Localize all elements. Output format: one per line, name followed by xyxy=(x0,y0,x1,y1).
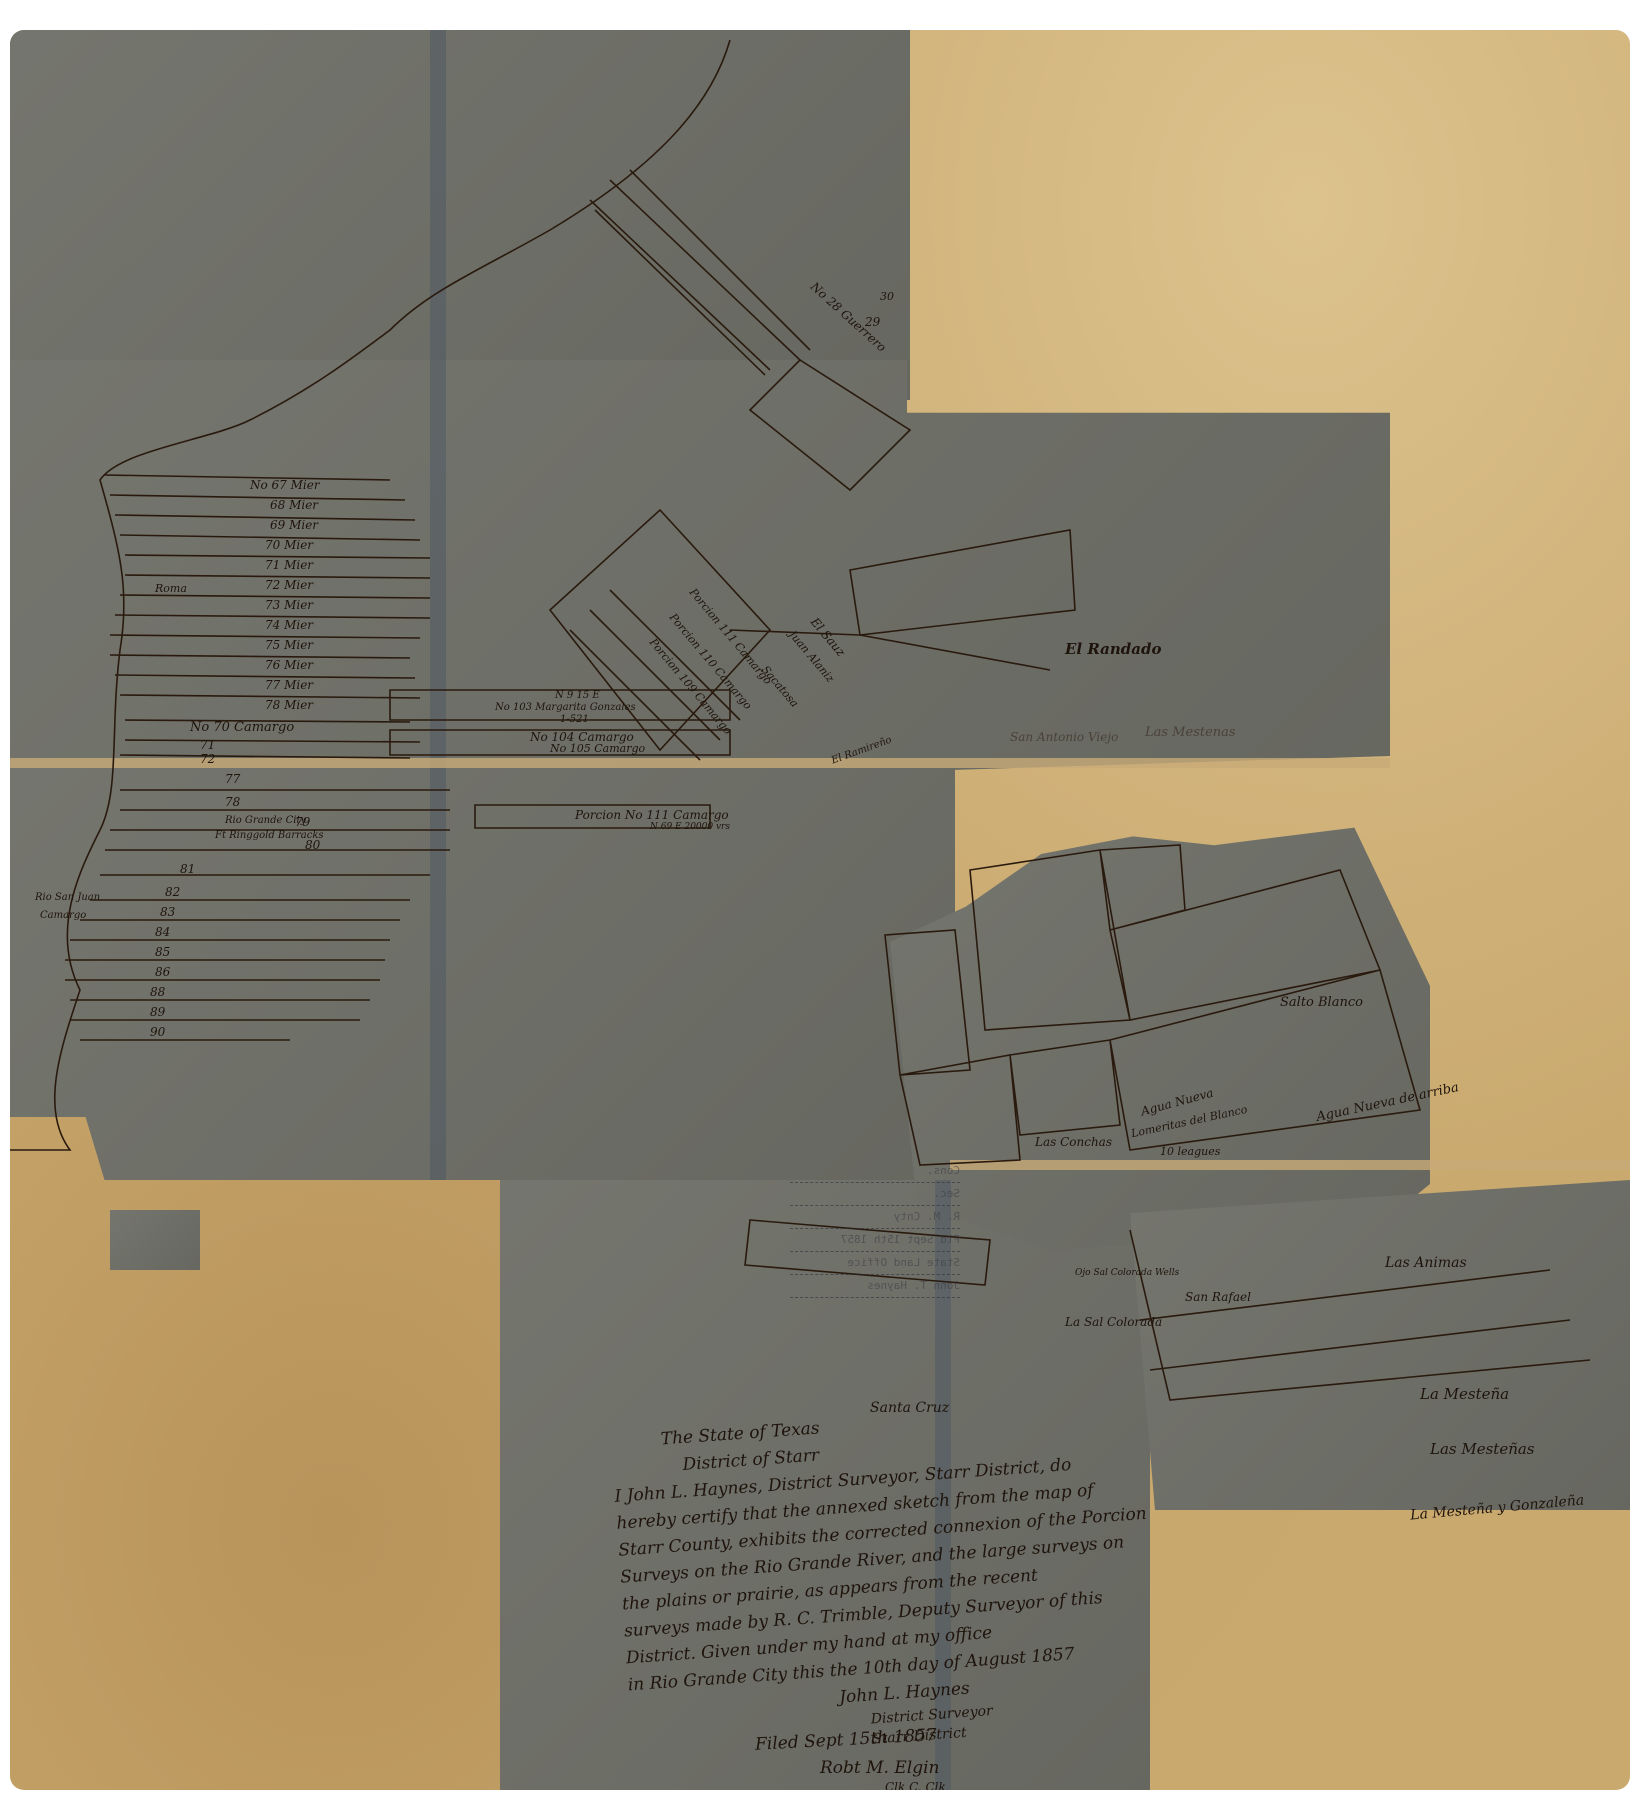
label-la-mestena: La Mesteña xyxy=(1420,1385,1509,1403)
label-porcion-80: 80 xyxy=(305,838,320,852)
label-porcion-85: 85 xyxy=(155,945,170,959)
label-san-antonio-viejo: San Antonio Viejo xyxy=(1010,730,1118,744)
label-porcion-90: 90 xyxy=(150,1025,165,1039)
label-porcion-69: 69 Mier xyxy=(270,518,318,532)
label-no-29: 29 xyxy=(865,315,880,329)
clerk-signature: Robt M. Elgin xyxy=(820,1758,939,1778)
label-el-randado: El Randado xyxy=(1065,640,1162,658)
label-porcion-78: 78 Mier xyxy=(265,698,313,712)
label-no-30: 30 xyxy=(880,290,894,303)
label-camargo-70: No 70 Camargo xyxy=(190,720,294,735)
label-porcion-83: 83 xyxy=(160,905,175,919)
label-porcion-72: 72 Mier xyxy=(265,578,313,592)
label-san-rafael: San Rafael xyxy=(1185,1290,1251,1304)
label-porcion-76: 76 Mier xyxy=(265,658,313,672)
label-porcion-78-lower: 78 xyxy=(225,795,240,809)
label-porcion-88: 88 xyxy=(150,985,165,999)
label-las-conchas: Las Conchas xyxy=(1035,1135,1112,1149)
mirrored-stamp: Cons. Sec. R. M. Cnty Fld Sept 15th 1857… xyxy=(790,1160,960,1298)
label-porcion-74: 74 Mier xyxy=(265,618,313,632)
label-porcion-82: 82 xyxy=(165,885,180,899)
label-porcion-84: 84 xyxy=(155,925,170,939)
label-margarita-gonzales: No 103 Margarita Gonzales xyxy=(495,702,636,713)
label-la-sal-colorada: La Sal Colorada xyxy=(1065,1315,1162,1329)
label-porcion-89: 89 xyxy=(150,1005,165,1019)
label-las-animas: Las Animas xyxy=(1385,1255,1467,1271)
label-las-mestenas-faint: Las Mestenas xyxy=(1145,725,1236,740)
surveyor-certificate: The State of Texas District of Starr I J… xyxy=(610,1398,1092,1766)
label-margarita-bearing: N 9 15 E xyxy=(555,690,600,701)
label-camargo-71: 71 xyxy=(200,738,215,752)
label-rio-grande-city: Rio Grande City xyxy=(225,815,306,826)
label-camargo: Camargo xyxy=(40,910,86,921)
label-salto-blanco: Salto Blanco xyxy=(1280,995,1363,1010)
label-porcion-71: 71 Mier xyxy=(265,558,313,572)
label-porcion-111-lower: Porcion No 111 Camargo xyxy=(575,808,729,822)
label-porcion-75: 75 Mier xyxy=(265,638,313,652)
clerk-title: Clk C. Clk xyxy=(885,1780,946,1790)
label-no-105-camargo: No 105 Camargo xyxy=(550,742,645,755)
label-porcion-81: 81 xyxy=(180,862,195,876)
label-porcion-77-lower: 77 xyxy=(225,772,240,786)
label-porcion-86: 86 xyxy=(155,965,170,979)
label-las-mestenas: Las Mesteñas xyxy=(1430,1440,1535,1458)
label-porcion-73: 73 Mier xyxy=(265,598,313,612)
label-ojo-sal-colorada: Ojo Sal Colorada Wells xyxy=(1075,1268,1179,1278)
label-porcion-77: 77 Mier xyxy=(265,678,313,692)
label-rio-san-juan: Rio San Juan xyxy=(35,892,100,903)
label-porcion-70: 70 Mier xyxy=(265,538,313,552)
label-porcion-79: 79 xyxy=(295,815,310,829)
map-sheet: No 67 Mier 68 Mier 69 Mier 70 Mier 71 Mi… xyxy=(10,30,1630,1790)
label-camargo-72: 72 xyxy=(200,752,215,766)
label-porcion-111-bearing: N 69 E 20000 vrs xyxy=(650,822,730,832)
label-margarita-num: 1-521 xyxy=(560,714,589,725)
label-roma: Roma xyxy=(155,582,187,595)
label-porcion-67: No 67 Mier xyxy=(250,478,320,492)
label-porcion-68: 68 Mier xyxy=(270,498,318,512)
label-agua-nueva-leagues: 10 leagues xyxy=(1160,1145,1220,1158)
